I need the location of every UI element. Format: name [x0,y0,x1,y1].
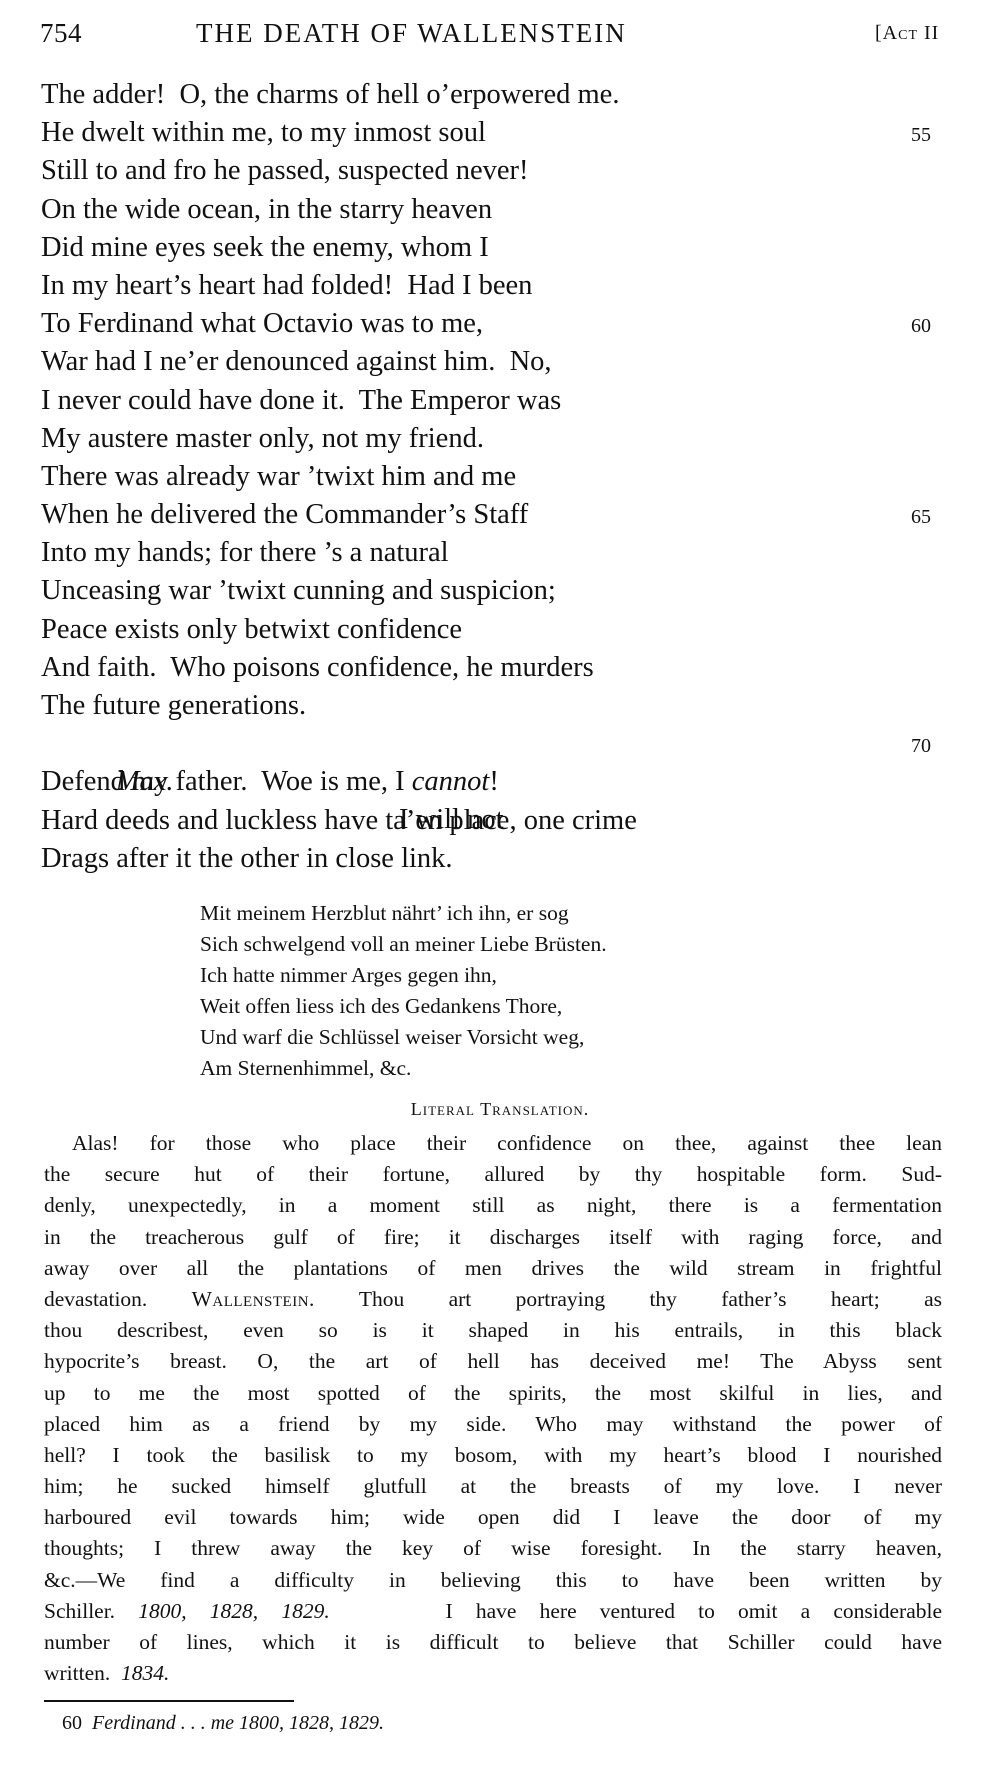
prose-line: Schiller. 1800, 1828, 1829. I have here … [44,1596,942,1627]
prose-line: thoughts; I threw away the key of wise f… [44,1533,942,1564]
literal-translation-heading: Literal Translation. [0,1099,1000,1120]
verse-line: Drags after it the other in close link. [41,840,941,878]
line-number: 65 [911,498,931,536]
verse-line: On the wide ocean, in the starry heaven [41,191,941,229]
prose-line: away over all the plantations of men dri… [44,1253,942,1284]
act-label: [Act II [875,22,939,45]
prose-line: thou describest, even so is it shaped in… [44,1315,942,1346]
german-line: Sich schwelgend voll an meiner Liebe Brü… [200,929,840,960]
verse-line: War had I ne’er denounced against him. N… [41,343,941,381]
prose-line: written. 1834. [44,1658,942,1689]
page-number: 754 [40,18,82,49]
german-line: Weit offen liess ich des Gedankens Thore… [200,991,840,1022]
verse-line: Defend my father. Woe is me, I cannot! [41,763,941,801]
verse-line: Peace exists only betwixt confidence [41,611,941,649]
verse-line: Did mine eyes seek the enemy, whom I [41,229,941,267]
verse-line: My austere master only, not my friend. [41,420,941,458]
prose-line: in the treacherous gulf of fire; it disc… [44,1222,942,1253]
prose-line: Alas! for those who place their confiden… [44,1128,942,1159]
prose-line: up to me the most spotted of the spirits… [44,1378,942,1409]
german-line: Ich hatte nimmer Arges gegen ihn, [200,960,840,991]
literal-translation-text: Alas! for those who place their confiden… [44,1128,942,1689]
verse-line: There was already war ’twixt him and me [41,458,941,496]
german-line: Mit meinem Herzblut nährt’ ich ihn, er s… [200,898,840,929]
edition-dates: 1800, 1828, 1829. [138,1599,329,1623]
german-original-quote: Mit meinem Herzblut nährt’ ich ihn, er s… [200,898,840,1084]
prose-line: harboured evil towards him; wide open di… [44,1502,942,1533]
running-title: THE DEATH OF WALLENSTEIN [196,18,627,49]
line-number: 55 [911,116,931,154]
german-line: Und warf die Schlüssel weiser Vorsicht w… [200,1022,840,1053]
prose-line: placed him as a friend by my side. Who m… [44,1409,942,1440]
speaker-line: Max. I will not 70 [41,725,941,763]
verse-line: In my heart’s heart had folded! Had I be… [41,267,941,305]
prose-line: devastation. Wallenstein. Thou art portr… [44,1284,942,1315]
speaker-name-smallcaps: Wallenstein. [192,1287,315,1311]
verse-line: The adder! O, the charms of hell o’erpow… [41,76,941,114]
prose-line: denly, unexpectedly, in a moment still a… [44,1190,942,1221]
prose-line: number of lines, which it is difficult t… [44,1627,942,1658]
verse-line: Still to and fro he passed, suspected ne… [41,152,941,190]
verse-line: When he delivered the Commander’s Staff6… [41,496,941,534]
prose-line: him; he sucked himself glutfull at the b… [44,1471,942,1502]
footnote-line-number: 60 [62,1712,82,1734]
german-line: Am Sternenhimmel, &c. [200,1053,840,1084]
verse-line: Hard deeds and luckless have ta’en place… [41,802,941,840]
prose-line: the secure hut of their fortune, allured… [44,1159,942,1190]
line-number: 60 [911,307,931,345]
footnote-divider [44,1700,294,1702]
line-number: 70 [911,727,931,765]
verse-line: And faith. Who poisons confidence, he mu… [41,649,941,687]
running-header: 754 THE DEATH OF WALLENSTEIN [Act II [40,18,940,58]
verse-line: Unceasing war ’twixt cunning and suspici… [41,572,941,610]
verse-block: The adder! O, the charms of hell o’erpow… [41,76,941,878]
verse-line: He dwelt within me, to my inmost soul55 [41,114,941,152]
verse-line: The future generations. [41,687,941,725]
edition-date: 1834. [121,1661,169,1685]
verse-line: To Ferdinand what Octavio was to me,60 [41,305,941,343]
emphasis: cannot [412,766,490,797]
verse-line: Into my hands; for there ’s a natural [41,534,941,572]
footnote-text: Ferdinand . . . me 1800, 1828, 1829. [92,1712,384,1734]
prose-line: hell? I took the basilisk to my bosom, w… [44,1440,942,1471]
footnote: 60 Ferdinand . . . me 1800, 1828, 1829. [62,1712,384,1735]
prose-line: hypocrite’s breast. O, the art of hell h… [44,1346,942,1377]
prose-line: &c.—We find a difficulty in believing th… [44,1565,942,1596]
book-page: 754 THE DEATH OF WALLENSTEIN [Act II The… [0,0,1000,1767]
verse-line: I never could have done it. The Emperor … [41,382,941,420]
